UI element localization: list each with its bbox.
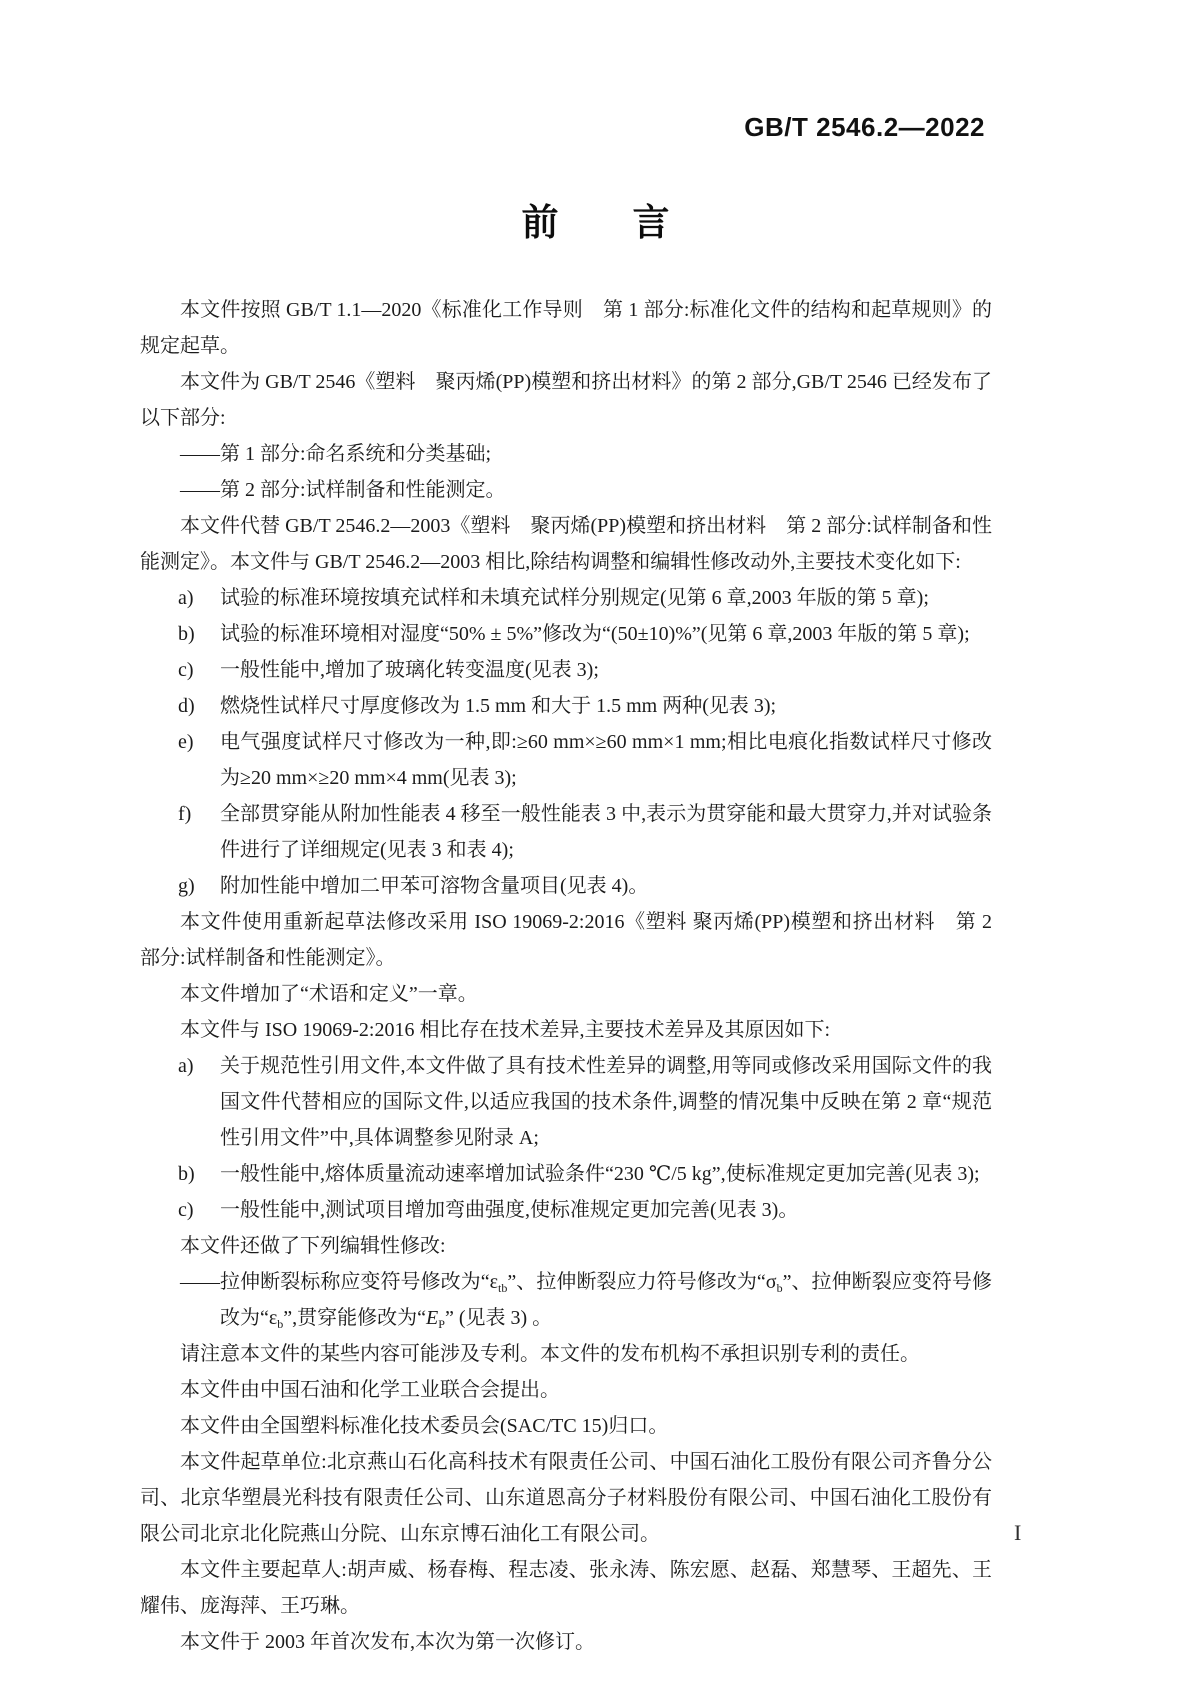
page-title: 前 言 (0, 199, 1191, 247)
list-text: 试验的标准环境相对湿度“50% ± 5%”修改为“(50±10)%”(见第 6 … (220, 623, 970, 645)
list-text: 全部贯穿能从附加性能表 4 移至一般性能表 3 中,表示为贯穿能和最大贯穿力,并… (220, 803, 992, 861)
list-label: c) (178, 652, 194, 688)
change-item-b: b) 试验的标准环境相对湿度“50% ± 5%”修改为“(50±10)%”(见第… (140, 616, 992, 652)
difference-item-c: c) 一般性能中,测试项目增加弯曲强度,使标准规定更加完善(见表 3)。 (140, 1192, 992, 1228)
symbol-subscript: tb (498, 1281, 507, 1295)
list-label: c) (178, 1192, 194, 1228)
document-page: GB/T 2546.2—2022 前 言 本文件按照 GB/T 1.1—2020… (0, 0, 1191, 1684)
paragraph-proposed-by: 本文件由中国石油和化学工业联合会提出。 (140, 1372, 992, 1408)
paragraph-drafting-basis: 本文件按照 GB/T 1.1—2020《标准化工作导则 第 1 部分:标准化文件… (140, 292, 992, 364)
paragraph-drafting-organizations: 本文件起草单位:北京燕山石化高科技术有限责任公司、中国石油化工股份有限公司齐鲁分… (140, 1444, 992, 1552)
foreword-body: 本文件按照 GB/T 1.1—2020《标准化工作导则 第 1 部分:标准化文件… (140, 292, 992, 1660)
list-text: 燃烧性试样尺寸厚度修改为 1.5 mm 和大于 1.5 mm 两种(见表 3); (220, 695, 776, 717)
change-item-e: e) 电气强度试样尺寸修改为一种,即:≥60 mm×≥60 mm×1 mm;相比… (140, 724, 992, 796)
paragraph-series-intro: 本文件为 GB/T 2546《塑料 聚丙烯(PP)模塑和挤出材料》的第 2 部分… (140, 364, 992, 436)
paragraph-iso-differences-intro: 本文件与 ISO 19069-2:2016 相比存在技术差异,主要技术差异及其原… (140, 1012, 992, 1048)
page-number: I (1014, 1520, 1021, 1546)
paragraph-editorial-intro: 本文件还做了下列编辑性修改: (140, 1228, 992, 1264)
editorial-change-item: ——拉伸断裂标称应变符号修改为“εtb”、拉伸断裂应力符号修改为“σb”、拉伸断… (140, 1264, 992, 1336)
paragraph-drafters: 本文件主要起草人:胡声威、杨春梅、程志凌、张永涛、陈宏愿、赵磊、郑慧琴、王超先、… (140, 1552, 992, 1624)
symbol-variable: E (426, 1307, 438, 1329)
list-label: b) (178, 1156, 195, 1192)
list-text: 试验的标准环境按填充试样和未填充试样分别规定(见第 6 章,2003 年版的第 … (220, 587, 929, 609)
change-item-d: d) 燃烧性试样尺寸厚度修改为 1.5 mm 和大于 1.5 mm 两种(见表 … (140, 688, 992, 724)
list-label: f) (178, 796, 191, 832)
list-text: 关于规范性引用文件,本文件做了具有技术性差异的调整,用等同或修改采用国际文件的我… (220, 1055, 992, 1149)
list-text: 一般性能中,熔体质量流动速率增加试验条件“230 ℃/5 kg”,使标准规定更加… (220, 1163, 980, 1185)
editorial-text: ”、拉伸断裂应力符号修改为“σ (507, 1271, 776, 1293)
paragraph-revision-history: 本文件于 2003 年首次发布,本次为第一次修订。 (140, 1624, 992, 1660)
list-label: a) (178, 580, 194, 616)
series-part-2: ——第 2 部分:试样制备和性能测定。 (140, 472, 992, 508)
change-item-a: a) 试验的标准环境按填充试样和未填充试样分别规定(见第 6 章,2003 年版… (140, 580, 992, 616)
list-label: g) (178, 868, 195, 904)
list-text: 附加性能中增加二甲苯可溶物含量项目(见表 4)。 (220, 875, 648, 897)
paragraph-iso-adoption: 本文件使用重新起草法修改采用 ISO 19069-2:2016《塑料 聚丙烯(P… (140, 904, 992, 976)
editorial-text: ”,贯穿能修改为“ (283, 1307, 426, 1329)
list-label: a) (178, 1048, 194, 1084)
editorial-text: ——拉伸断裂标称应变符号修改为“ε (180, 1271, 498, 1293)
change-item-f: f) 全部贯穿能从附加性能表 4 移至一般性能表 3 中,表示为贯穿能和最大贯穿… (140, 796, 992, 868)
paragraph-patent-notice: 请注意本文件的某些内容可能涉及专利。本文件的发布机构不承担识别专利的责任。 (140, 1336, 992, 1372)
difference-item-a: a) 关于规范性引用文件,本文件做了具有技术性差异的调整,用等同或修改采用国际文… (140, 1048, 992, 1156)
list-label: e) (178, 724, 194, 760)
standard-code-header: GB/T 2546.2—2022 (0, 112, 985, 143)
difference-item-b: b) 一般性能中,熔体质量流动速率增加试验条件“230 ℃/5 kg”,使标准规… (140, 1156, 992, 1192)
list-text: 电气强度试样尺寸修改为一种,即:≥60 mm×≥60 mm×1 mm;相比电痕化… (220, 731, 992, 789)
list-text: 一般性能中,增加了玻璃化转变温度(见表 3); (220, 659, 599, 681)
change-item-c: c) 一般性能中,增加了玻璃化转变温度(见表 3); (140, 652, 992, 688)
paragraph-centralized-by: 本文件由全国塑料标准化技术委员会(SAC/TC 15)归口。 (140, 1408, 992, 1444)
symbol-subscript: P (438, 1317, 445, 1331)
list-label: d) (178, 688, 195, 724)
series-part-1: ——第 1 部分:命名系统和分类基础; (140, 436, 992, 472)
editorial-text: ” (见表 3) 。 (445, 1307, 552, 1329)
list-text: 一般性能中,测试项目增加弯曲强度,使标准规定更加完善(见表 3)。 (220, 1199, 798, 1221)
list-label: b) (178, 616, 195, 652)
paragraph-terms-added: 本文件增加了“术语和定义”一章。 (140, 976, 992, 1012)
paragraph-replaces: 本文件代替 GB/T 2546.2—2003《塑料 聚丙烯(PP)模塑和挤出材料… (140, 508, 992, 580)
change-item-g: g) 附加性能中增加二甲苯可溶物含量项目(见表 4)。 (140, 868, 992, 904)
